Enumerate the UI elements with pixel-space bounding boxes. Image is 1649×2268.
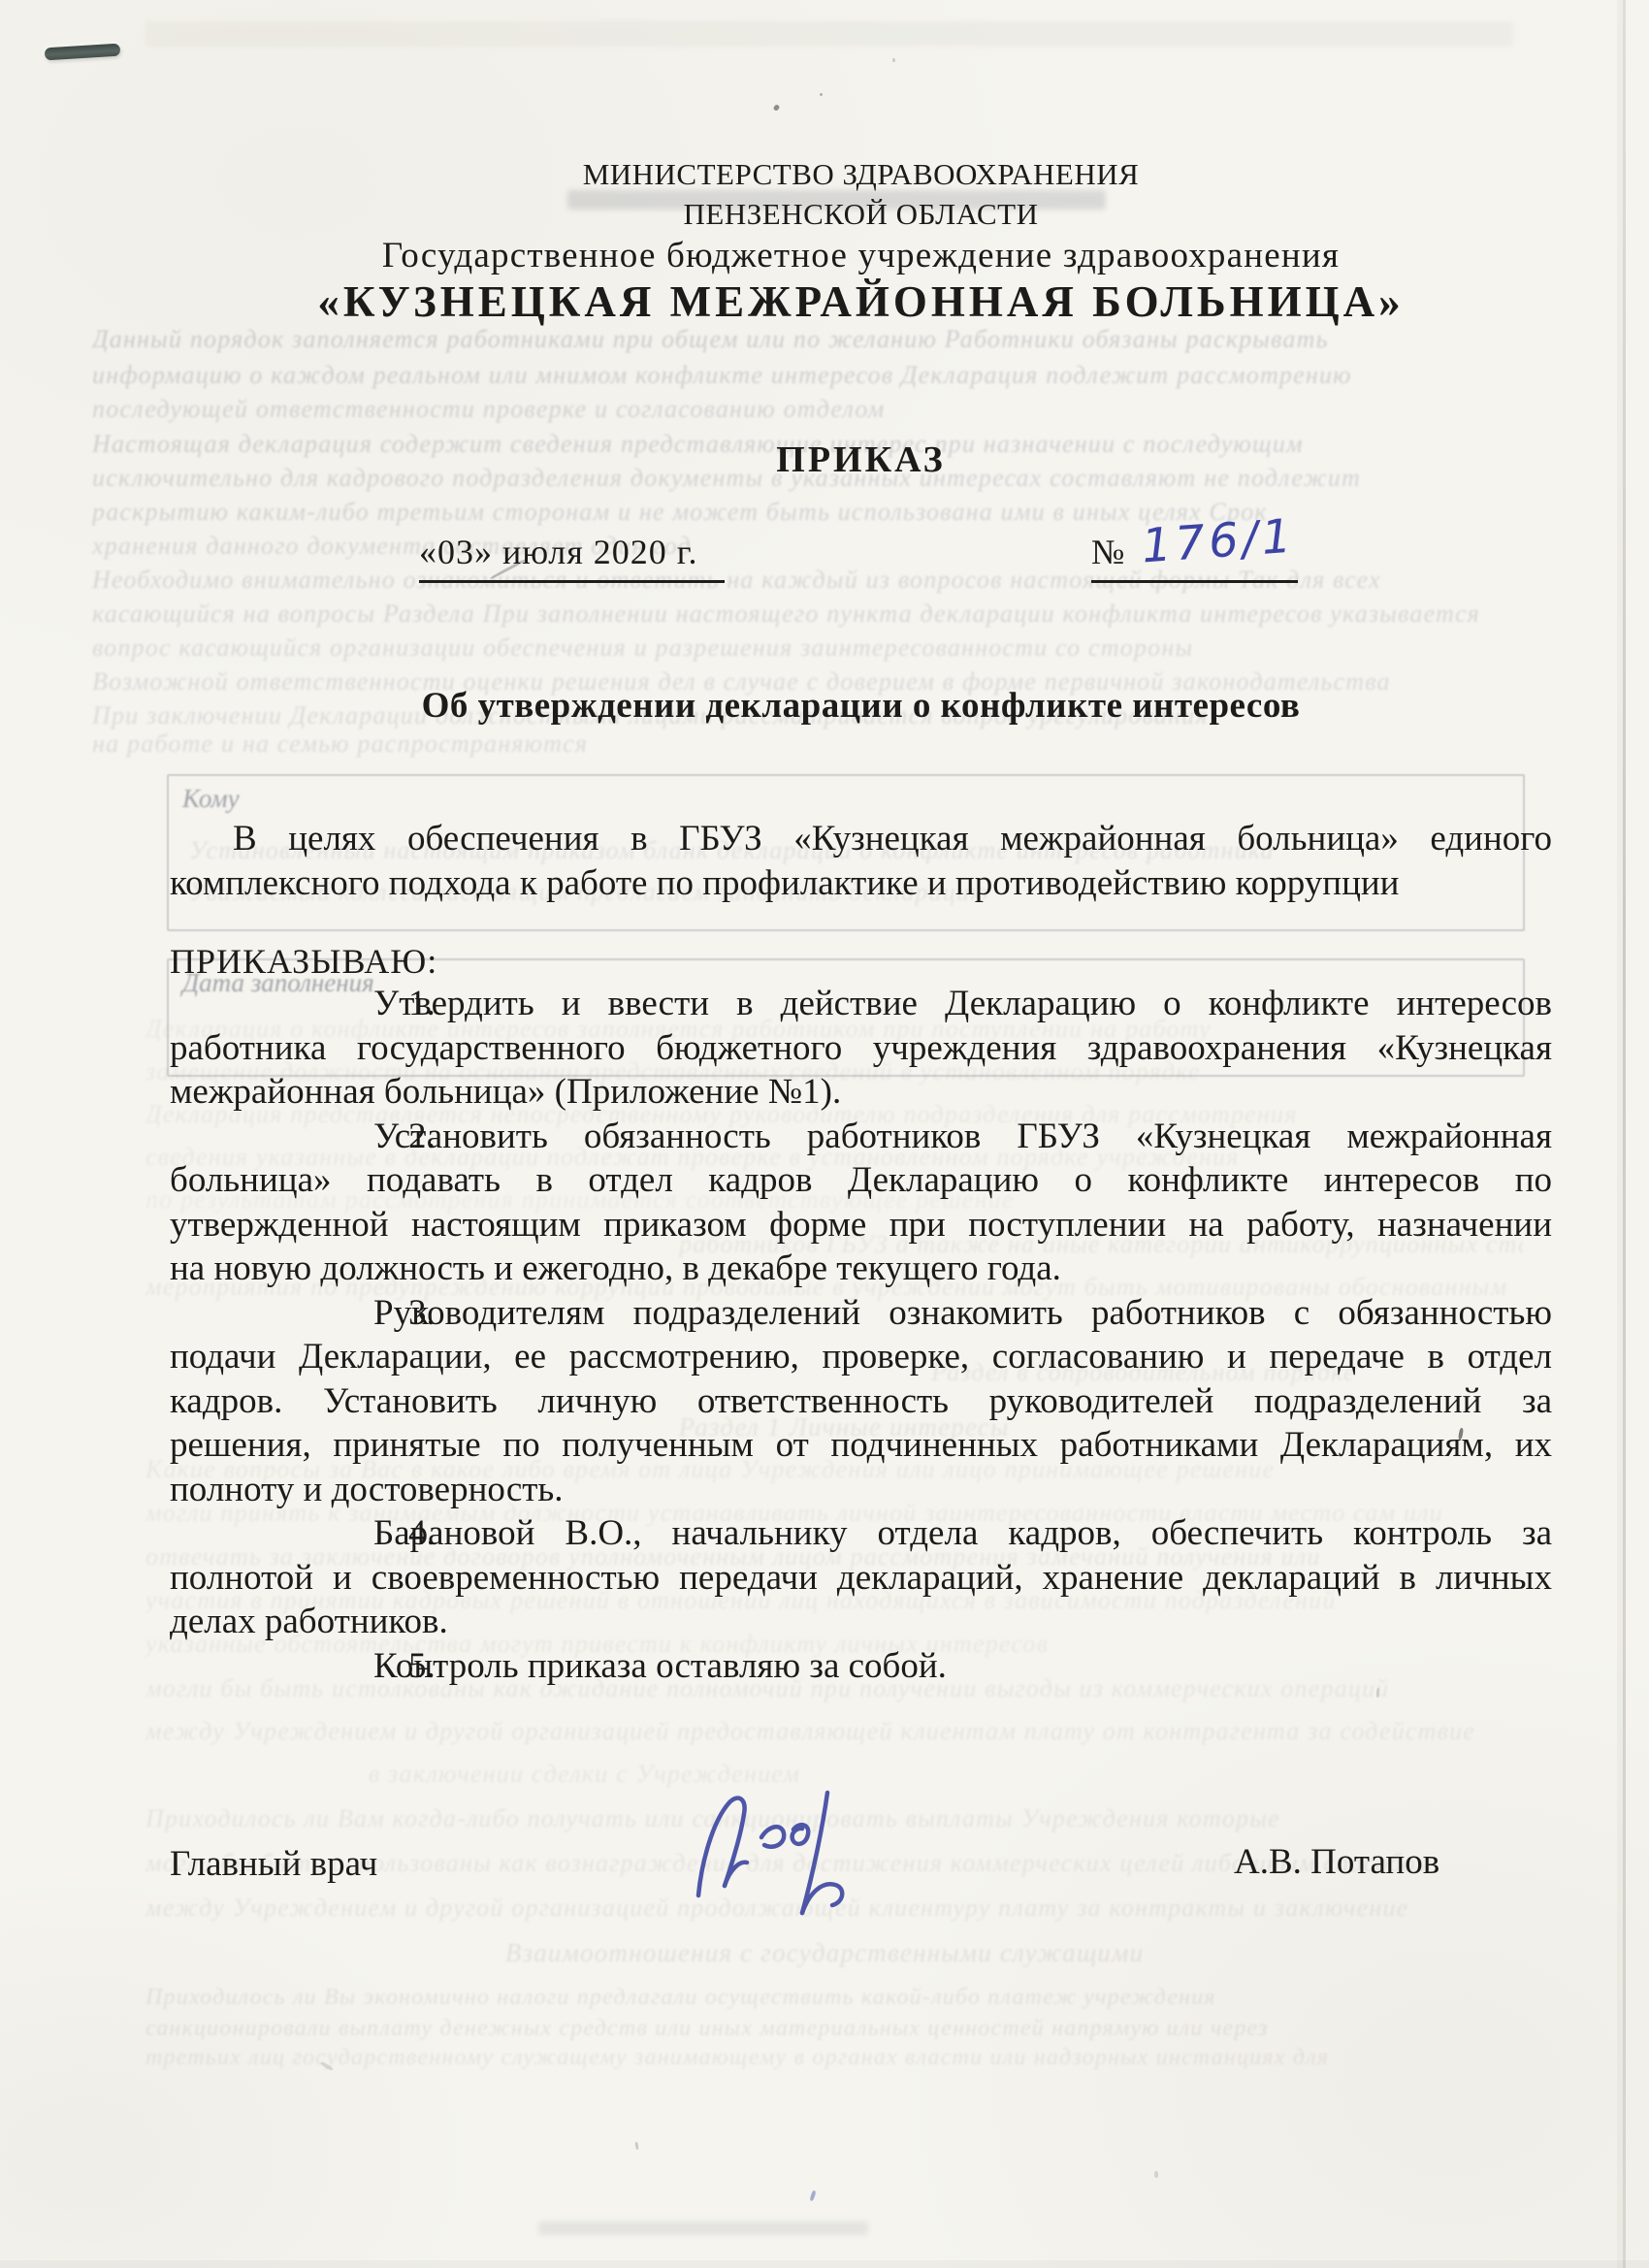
order-item-2-line-4: на новую должность и ежегодно, в декабре… [170, 1247, 1552, 1290]
order-item-number: 5. [289, 1645, 373, 1688]
order-item-4-line-3: делах работников. [170, 1601, 1552, 1643]
order-item-5-line-1: 5.Контроль приказа оставляю за собой. [170, 1645, 1552, 1688]
org-header-line-3: Государственное бюджетное учреждение здр… [170, 236, 1552, 277]
org-header-line-4: «КУЗНЕЦКАЯ МЕЖРАЙОННАЯ БОЛЬНИЦА» [170, 277, 1552, 328]
number-sign-label: № [1091, 533, 1124, 571]
order-item-number: 3. [289, 1292, 373, 1335]
order-heading: ПРИКАЗ [170, 438, 1552, 481]
order-item-2-line-3: утвержденной настоящим приказом форме пр… [170, 1204, 1552, 1247]
order-item-2-line-2: больница» подавать в отдел кадров Деклар… [170, 1159, 1552, 1202]
order-item-number: 4. [289, 1512, 373, 1555]
order-item-2-line-1: 2.Установить обязанность работников ГБУЗ… [170, 1116, 1552, 1158]
intro-line-1: В целях обеспечения в ГБУЗ «Кузнецкая ме… [170, 818, 1552, 860]
order-item-3-line-5: полноту и достоверность. [170, 1469, 1552, 1511]
scanned-order-document: Данный порядок заполняется работниками п… [0, 0, 1649, 2268]
order-number-field: № 176/1 [1091, 532, 1298, 583]
printed-content: МИНИСТЕРСТВО ЗДРАВООХРАНЕНИЯ ПЕНЗЕНСКОЙ … [0, 0, 1649, 2268]
org-header-line-2: ПЕНЗЕНСКОЙ ОБЛАСТИ [170, 197, 1552, 232]
order-subject-title: Об утверждении декларации о конфликте ин… [170, 685, 1552, 727]
order-item-1-line-1: 1.Утвердить и ввести в действие Декларац… [170, 983, 1552, 1025]
order-item-number: 1. [289, 983, 373, 1025]
order-item-4-line-1: 4.Барановой В.О., начальнику отдела кадр… [170, 1512, 1552, 1555]
order-item-1-line-3: межрайонная больница» (Приложение №1). [170, 1071, 1552, 1114]
intro-line-2: комплексного подхода к работе по профила… [170, 862, 1552, 905]
org-header-line-1: МИНИСТЕРСТВО ЗДРАВООХРАНЕНИЯ [170, 157, 1552, 192]
resolution-label: ПРИКАЗЫВАЮ: [170, 941, 1552, 983]
order-item-4-line-2: полнотой и своевременностью передачи дек… [170, 1557, 1552, 1600]
order-item-3-line-1: 3.Руководителям подразделений ознакомить… [170, 1292, 1552, 1335]
order-date-field: «03» июля 2020 г. [419, 532, 725, 583]
order-item-3-line-3: кадров. Установить личную ответственност… [170, 1380, 1552, 1423]
signatory-name: А.В. Потапов [1234, 1841, 1439, 1883]
handwritten-signature [669, 1777, 941, 1928]
signatory-position: Главный врач [170, 1843, 377, 1885]
order-item-3-line-2: подачи Декларации, ее рассмотрению, пров… [170, 1336, 1552, 1378]
order-item-1-line-2: работника государственного бюджетного уч… [170, 1027, 1552, 1070]
order-item-3-line-4: решения, принятые по полученным от подчи… [170, 1424, 1552, 1467]
order-item-number: 2. [289, 1116, 373, 1158]
handwritten-order-number: 176/1 [1140, 509, 1297, 574]
